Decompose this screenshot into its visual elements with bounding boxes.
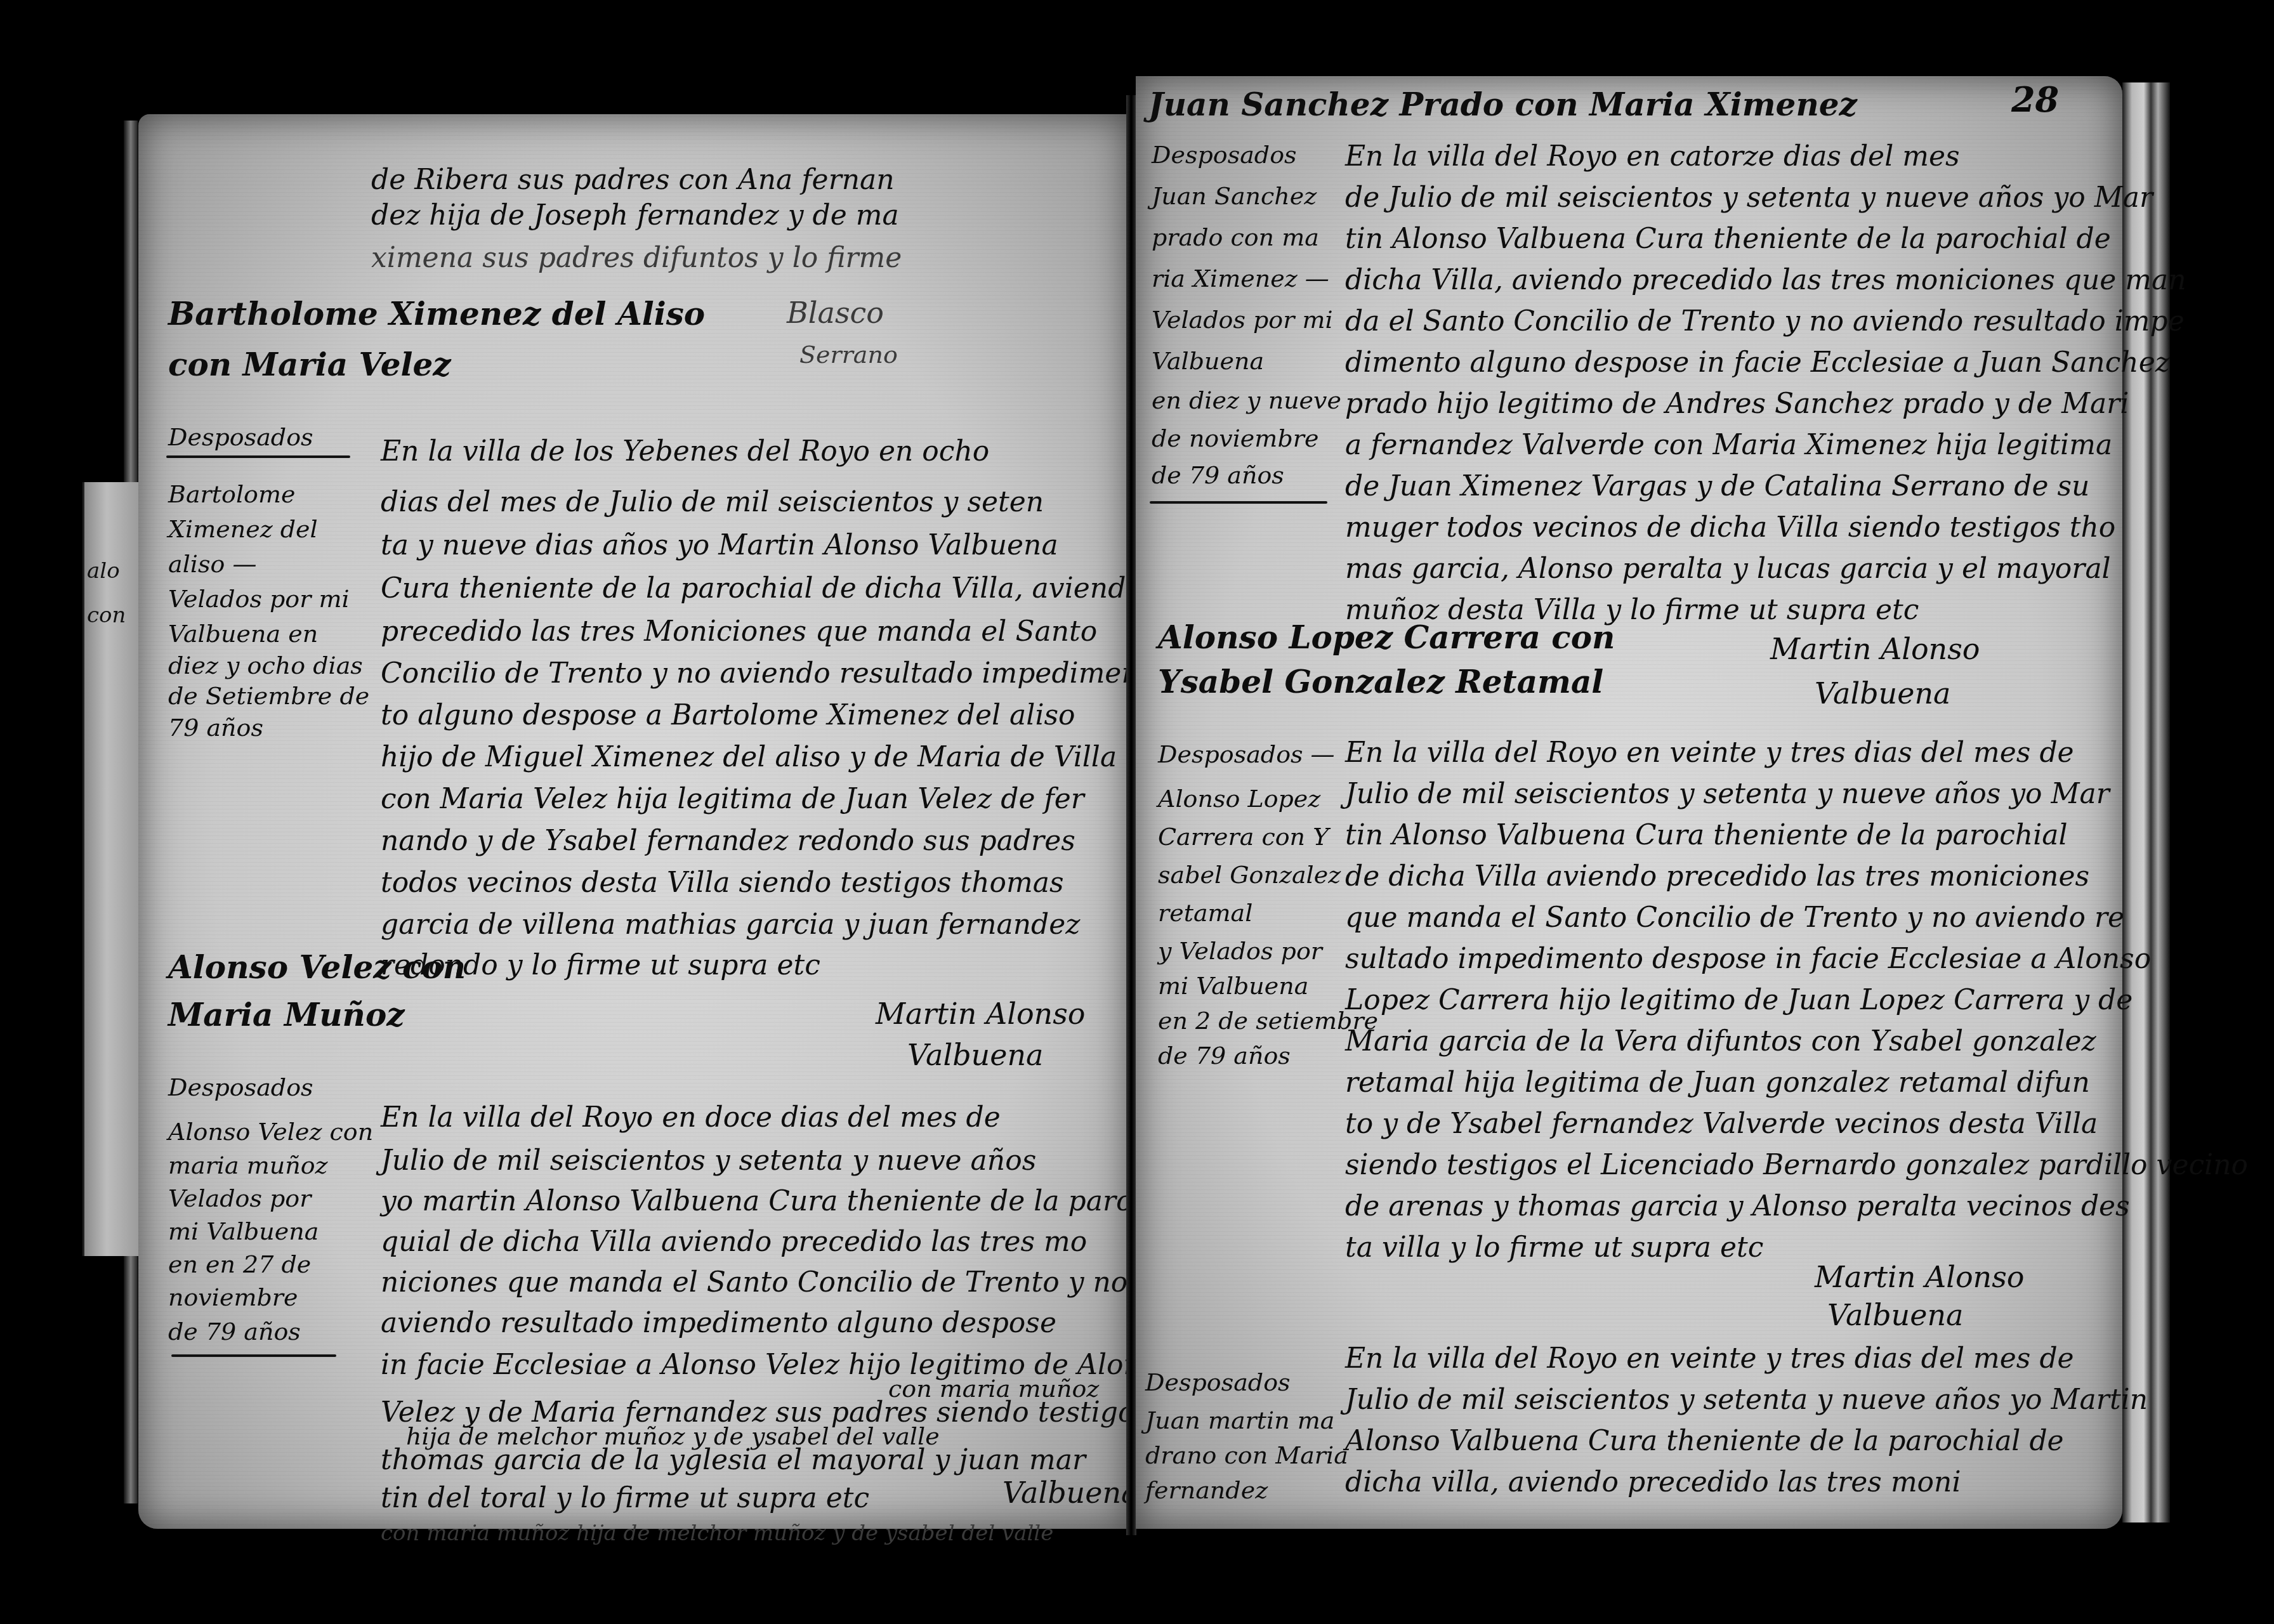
margin-line: de Setiembre de — [168, 684, 369, 708]
continuation-line: ximena sus padres difuntos y lo firme — [371, 244, 902, 272]
page-number: 28 — [2011, 79, 2059, 120]
entry-heading: Bartholome Ximenez del Aliso — [168, 298, 705, 330]
body-line: Concilio de Trento y no aviendo resultad… — [381, 660, 1140, 688]
margin-line: noviembre — [168, 1285, 298, 1309]
body-line: thomas garcia de la yglesia el mayoral y… — [381, 1446, 1086, 1474]
margin-line: Velados por mi — [1152, 308, 1333, 332]
signature-line: Valbuena — [1815, 679, 1950, 708]
signature-line: Martin Alonso — [876, 999, 1086, 1028]
margin-line: Ximenez del — [168, 517, 318, 541]
margin-line: Valbuena — [1152, 349, 1264, 373]
right-page-edges — [2122, 82, 2170, 1522]
margin-underline — [166, 455, 350, 458]
body-line: Cura theniente de la parochial de dicha … — [381, 575, 1143, 603]
body-line: precedido las tres Moniciones que manda … — [381, 618, 1097, 646]
footer-note: con maria muñoz hija de melchor muñoz y … — [381, 1522, 1053, 1544]
signature-line: Martin Alonso — [1815, 1262, 2025, 1292]
body-line: prado hijo legitimo de Andres Sanchez pr… — [1345, 390, 2129, 418]
margin-line: Desposados — [168, 1075, 313, 1099]
body-line: con Maria Velez hija legitima de Juan Ve… — [381, 785, 1084, 813]
body-line: En la villa del Royo en doce dias del me… — [381, 1104, 1001, 1132]
margin-line: de 79 años — [1152, 463, 1284, 487]
margin-underline — [1150, 501, 1327, 504]
margin-line: diez y ocho dias — [168, 653, 363, 678]
tab-fragment: con — [87, 603, 126, 628]
body-line: hijo de Miguel Ximenez del aliso y de Ma… — [381, 743, 1117, 771]
margin-line: de 79 años — [168, 1319, 301, 1344]
margin-line: Desposados — — [1158, 742, 1335, 766]
body-line: Maria garcia de la Vera difuntos con Ysa… — [1345, 1028, 2096, 1056]
body-line: a fernandez Valverde con Maria Ximenez h… — [1345, 431, 2112, 459]
body-line: En la villa del Royo en veinte y tres di… — [1345, 739, 2074, 767]
body-line: Julio de mil seiscientos y setenta y nue… — [1345, 780, 2110, 808]
margin-line: Juan Sanchez — [1152, 184, 1317, 208]
body-line: de Juan Ximenez Vargas y de Catalina Ser… — [1345, 473, 2089, 501]
margin-line: Valbuena en — [168, 622, 318, 646]
margin-underline — [171, 1354, 336, 1357]
body-line: dicha villa, aviendo precedido las tres … — [1345, 1469, 1961, 1496]
continuation-line: dez hija de Joseph fernandez y de ma — [371, 202, 899, 230]
tab-fragment: alo — [87, 558, 120, 584]
entry-heading: Maria Muñoz — [168, 999, 405, 1031]
margin-line: en diez y nueve — [1152, 388, 1341, 412]
body-line: retamal hija legitima de Juan gonzalez r… — [1345, 1069, 2090, 1097]
body-line: Lopez Carrera hijo legitimo de Juan Lope… — [1345, 986, 2133, 1014]
left-bound-tab: alo con — [82, 482, 143, 1256]
body-line: Julio de mil seiscientos y setenta y nue… — [381, 1147, 1036, 1175]
margin-line: mi Valbuena — [1158, 974, 1308, 998]
margin-line: Alonso Lopez — [1158, 787, 1320, 811]
body-line: ta y nueve dias años yo Martin Alonso Va… — [381, 532, 1058, 560]
margin-line: Desposados — [1145, 1370, 1291, 1394]
body-line: Julio de mil seiscientos y setenta y nue… — [1345, 1386, 2148, 1414]
body-line: de Julio de mil seiscientos y setenta y … — [1345, 184, 2153, 212]
body-line: En la villa del Royo en veinte y tres di… — [1345, 1345, 2074, 1373]
body-line: yo martin Alonso Valbuena Cura theniente… — [381, 1188, 1133, 1215]
body-line: siendo testigos el Licenciado Bernardo g… — [1345, 1151, 2248, 1179]
body-line: aviendo resultado impedimento alguno des… — [381, 1309, 1056, 1337]
body-line: niciones que manda el Santo Concilio de … — [381, 1269, 1127, 1297]
entry-heading: Ysabel Gonzalez Retamal — [1158, 666, 1603, 698]
margin-line: Bartolome — [168, 482, 295, 506]
margin-line: Desposados — [1152, 143, 1297, 167]
body-line: to y de Ysabel fernandez Valverde vecino… — [1345, 1110, 2098, 1138]
signature-line: Valbuena — [1002, 1478, 1138, 1507]
body-line: de dicha Villa aviendo precedido las tre… — [1345, 863, 2089, 891]
body-line: de arenas y thomas garcia y Alonso peral… — [1345, 1193, 2130, 1221]
entry-heading: Alonso Lopez Carrera con — [1158, 622, 1615, 653]
body-line: to alguno despose a Bartolome Ximenez de… — [381, 702, 1075, 730]
margin-line: Velados por mi — [168, 587, 350, 611]
body-line: dicha Villa, aviendo precedido las tres … — [1345, 266, 2186, 294]
body-line: tin del toral y lo firme ut supra etc — [381, 1484, 869, 1512]
body-line: que manda el Santo Concilio de Trento y … — [1345, 904, 2124, 932]
margin-line: Juan martin ma — [1145, 1408, 1334, 1432]
body-line: ta villa y lo firme ut supra etc — [1345, 1234, 1763, 1262]
signature-line: Valbuena — [907, 1040, 1043, 1070]
body-line: quial de dicha Villa aviendo precedido l… — [381, 1228, 1087, 1256]
body-line: Alonso Valbuena Cura theniente de la par… — [1345, 1427, 2064, 1455]
signature-line: Valbuena — [1827, 1300, 1963, 1330]
register-spread: alo con de Ribera sus padres con Ana fer… — [0, 0, 2274, 1624]
body-line: dimento alguno despose in facie Ecclesia… — [1345, 349, 2170, 377]
entry-heading: Alonso Velez con — [168, 952, 466, 983]
margin-line: 79 años — [168, 716, 263, 740]
signature-top: Blasco — [787, 298, 884, 327]
margin-line: Alonso Velez con — [168, 1120, 373, 1144]
body-line: dias del mes de Julio de mil seiscientos… — [381, 488, 1044, 516]
body-line: mas garcia, Alonso peralta y lucas garci… — [1345, 555, 2111, 583]
body-line: muger todos vecinos de dicha Villa siend… — [1345, 514, 2115, 542]
body-line: En la villa del Royo en catorze dias del… — [1345, 143, 1960, 171]
signature-line: Martin Alonso — [1770, 634, 1980, 664]
margin-line: maria muñoz — [168, 1153, 328, 1177]
margin-line: fernandez — [1145, 1478, 1268, 1502]
body-line: En la villa de los Yebenes del Royo en o… — [381, 438, 989, 466]
margin-line: mi Valbuena — [168, 1219, 319, 1243]
margin-line: Velados por — [168, 1186, 311, 1210]
margin-line: Carrera con Y — [1158, 825, 1329, 849]
margin-line: de 79 años — [1158, 1044, 1291, 1068]
body-line: garcia de villena mathias garcia y juan … — [381, 911, 1080, 939]
continuation-line: de Ribera sus padres con Ana fernan — [371, 166, 895, 194]
margin-line: aliso — — [168, 552, 256, 576]
body-line: sultado impedimento despose in facie Ecc… — [1345, 945, 2151, 973]
margin-line: ria Ximenez — — [1152, 266, 1329, 291]
body-line: tin Alonso Valbuena Cura theniente de la… — [1345, 822, 2068, 849]
margin-line: prado con ma — [1152, 225, 1319, 249]
body-line: da el Santo Concilio de Trento y no avie… — [1345, 308, 2185, 336]
margin-line: y Velados por — [1158, 939, 1322, 963]
signature-top-sub: Serrano — [799, 343, 898, 367]
entry-heading: Juan Sanchez Prado con Maria Ximenez — [1148, 89, 1857, 121]
margin-line: en en 27 de — [168, 1252, 311, 1276]
body-line: tin Alonso Valbuena Cura theniente de la… — [1345, 225, 2111, 253]
margin-line: retamal — [1158, 901, 1252, 925]
body-line: todos vecinos desta Villa siendo testigo… — [381, 869, 1064, 897]
margin-line: Desposados — [168, 425, 313, 449]
margin-line: sabel Gonzalez — [1158, 863, 1341, 887]
margin-line: drano con Maria — [1145, 1443, 1348, 1467]
margin-line: de noviembre — [1152, 426, 1318, 450]
body-line: nando y de Ysabel fernandez redondo sus … — [381, 827, 1075, 855]
entry-heading: con Maria Velez — [168, 349, 451, 381]
book-gutter — [1126, 95, 1136, 1535]
